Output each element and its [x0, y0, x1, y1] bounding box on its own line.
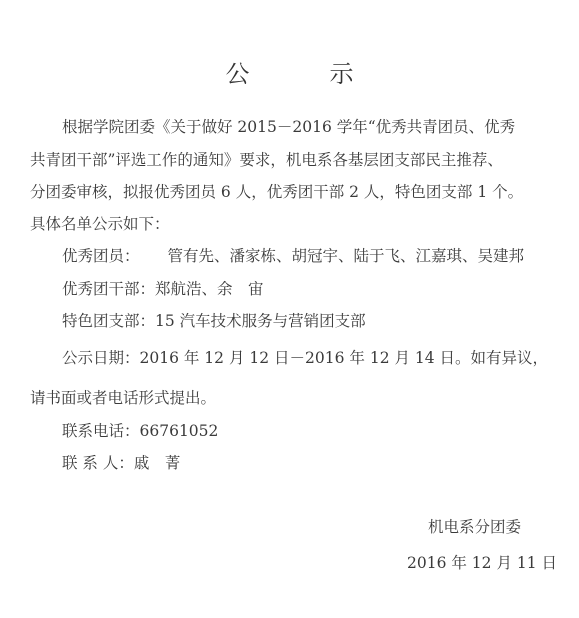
- members-names: 管有先、潘家栋、胡冠宇、陆于飞、江嘉琪、吴建邦: [168, 247, 525, 265]
- objection-line: 请书面或者电话形式提出。: [30, 388, 216, 408]
- cadres-names: 郑航浩、余 宙: [155, 280, 264, 298]
- paragraph-line: 分团委审核，拟报优秀团员 6 人，优秀团干部 2 人，特色团支部 1 个。: [30, 182, 523, 202]
- page-title: 公 示: [0, 54, 579, 89]
- signature-date: 2016 年 12 月 11 日: [407, 551, 557, 573]
- branch-row: 特色团支部：15 汽车技术服务与营销团支部: [62, 311, 366, 331]
- contact-person: 联 系 人：戚 菁: [62, 453, 180, 473]
- paragraph-line: 共青团干部”评选工作的通知》要求，机电系各基层团支部民主推荐、: [30, 150, 503, 170]
- branch-name: 15 汽车技术服务与营销团支部: [155, 312, 366, 330]
- paragraph-line: 具体名单公示如下：: [30, 214, 170, 234]
- members-label: 优秀团员：: [62, 247, 140, 265]
- paragraph-line: 根据学院团委《关于做好 2015－2016 学年“优秀共青团员、优秀: [62, 117, 515, 137]
- date-line: 公示日期：2016 年 12 月 12 日－2016 年 12 月 14 日。如…: [62, 348, 548, 368]
- notice-document: 公 示 根据学院团委《关于做好 2015－2016 学年“优秀共青团员、优秀 共…: [0, 0, 579, 618]
- cadres-label: 优秀团干部：: [62, 280, 155, 298]
- branch-label: 特色团支部：: [62, 312, 155, 330]
- members-row: 优秀团员：管有先、潘家栋、胡冠宇、陆于飞、江嘉琪、吴建邦: [62, 246, 524, 266]
- signature-org: 机电系分团委: [428, 515, 521, 537]
- cadres-row: 优秀团干部：郑航浩、余 宙: [62, 279, 264, 299]
- contact-phone: 联系电话：66761052: [62, 421, 218, 441]
